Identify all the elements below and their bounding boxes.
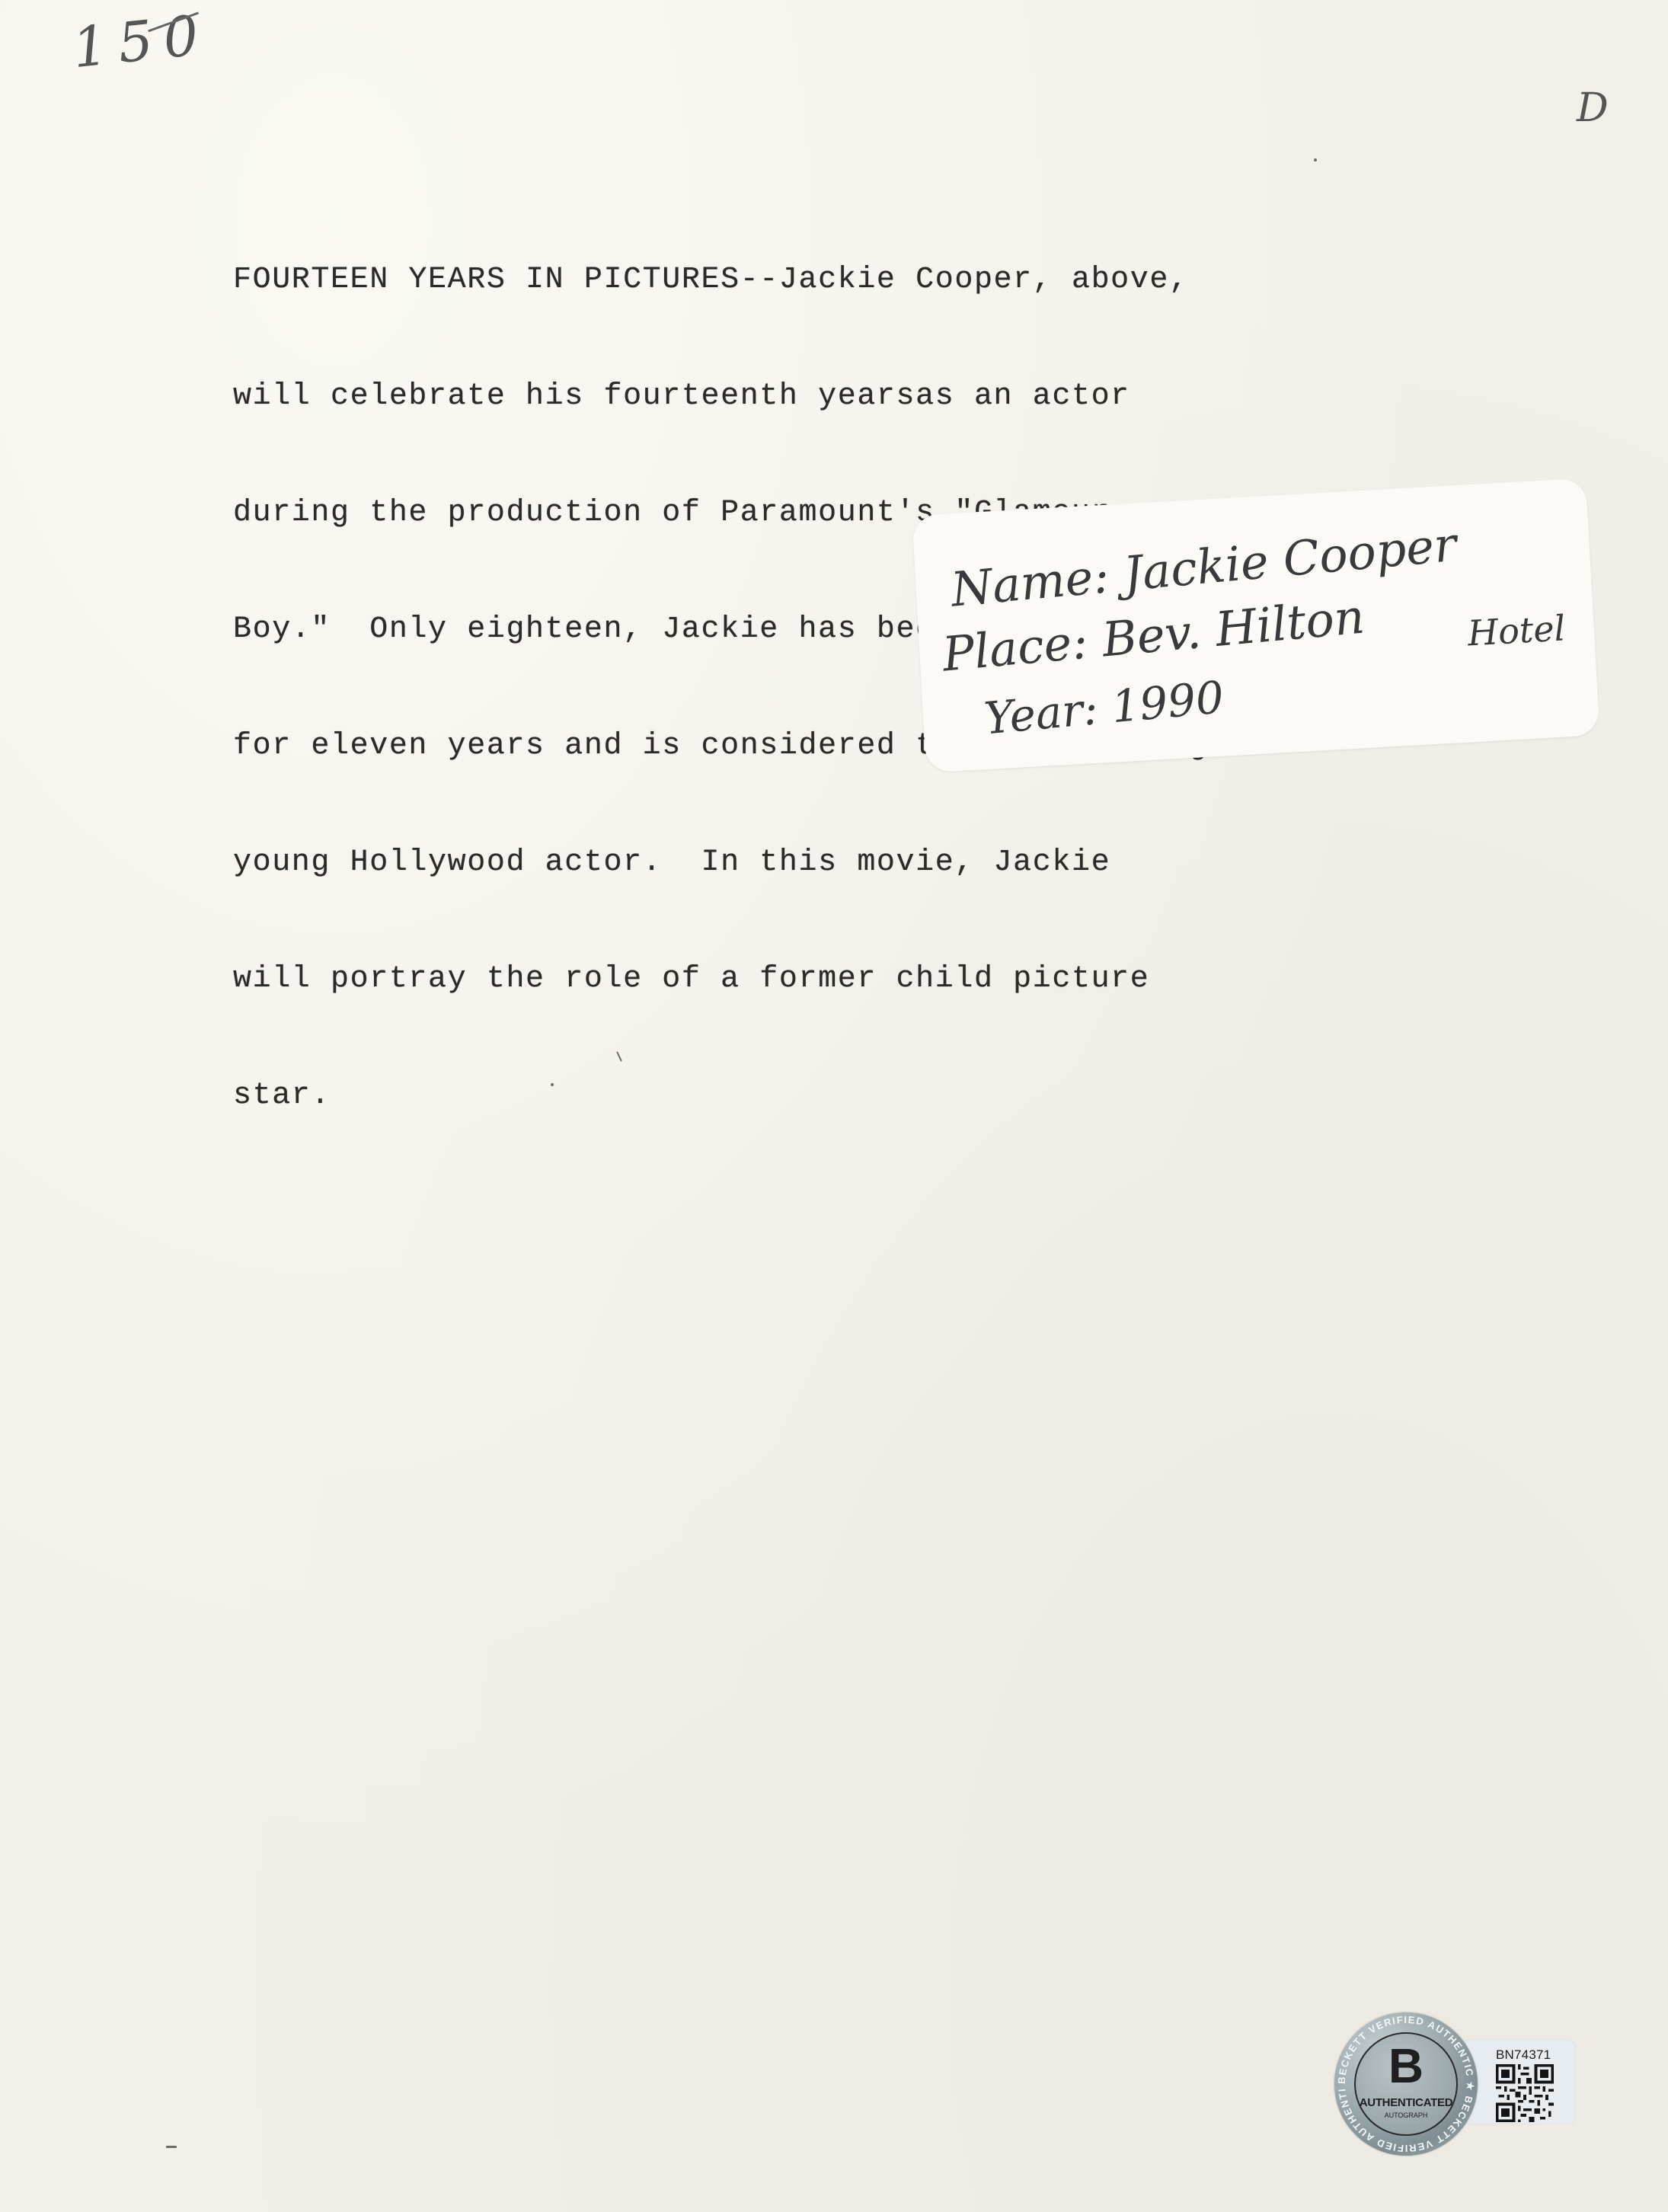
label-year-line: Year: 1990 <box>982 671 1225 744</box>
caption-line: FOURTEEN YEARS IN PICTURES--Jackie Coope… <box>233 261 1421 299</box>
paper-speck <box>551 1083 554 1086</box>
caption-line: will portray the role of a former child … <box>233 960 1421 999</box>
serial-tab: BN74371 <box>1462 2040 1575 2124</box>
seal-authenticated-text: AUTHENTICATED <box>1356 2096 1456 2109</box>
label-place-continued: Hotel <box>1467 607 1567 654</box>
paper-speck <box>1314 158 1317 161</box>
authentication-sticker: BN74371 <box>1334 2012 1578 2165</box>
handwritten-label-sticker: Name: Jackie Cooper Place: Bev. Hilton H… <box>912 478 1599 773</box>
paper-speck <box>166 2146 177 2148</box>
serial-number: BN74371 <box>1496 2047 1551 2063</box>
beckett-logo-icon: B <box>1356 2040 1456 2092</box>
caption-line: star. <box>233 1076 1421 1115</box>
pencil-page-number: 150 <box>69 2 212 80</box>
pencil-corner-letter: D <box>1577 85 1609 131</box>
qr-code-icon[interactable] <box>1496 2064 1554 2122</box>
seal-inner-circle: B AUTHENTICATED AUTOGRAPH <box>1354 2032 1458 2136</box>
seal-autograph-text: AUTOGRAPH <box>1356 2111 1456 2119</box>
caption-line: young Hollywood actor. In this movie, Ja… <box>233 843 1421 882</box>
hologram-seal: BECKETT VERIFIED AUTHENTIC ★ BECKETT VER… <box>1334 2012 1478 2156</box>
caption-line: will celebrate his fourteenth yearsas an… <box>233 377 1421 416</box>
